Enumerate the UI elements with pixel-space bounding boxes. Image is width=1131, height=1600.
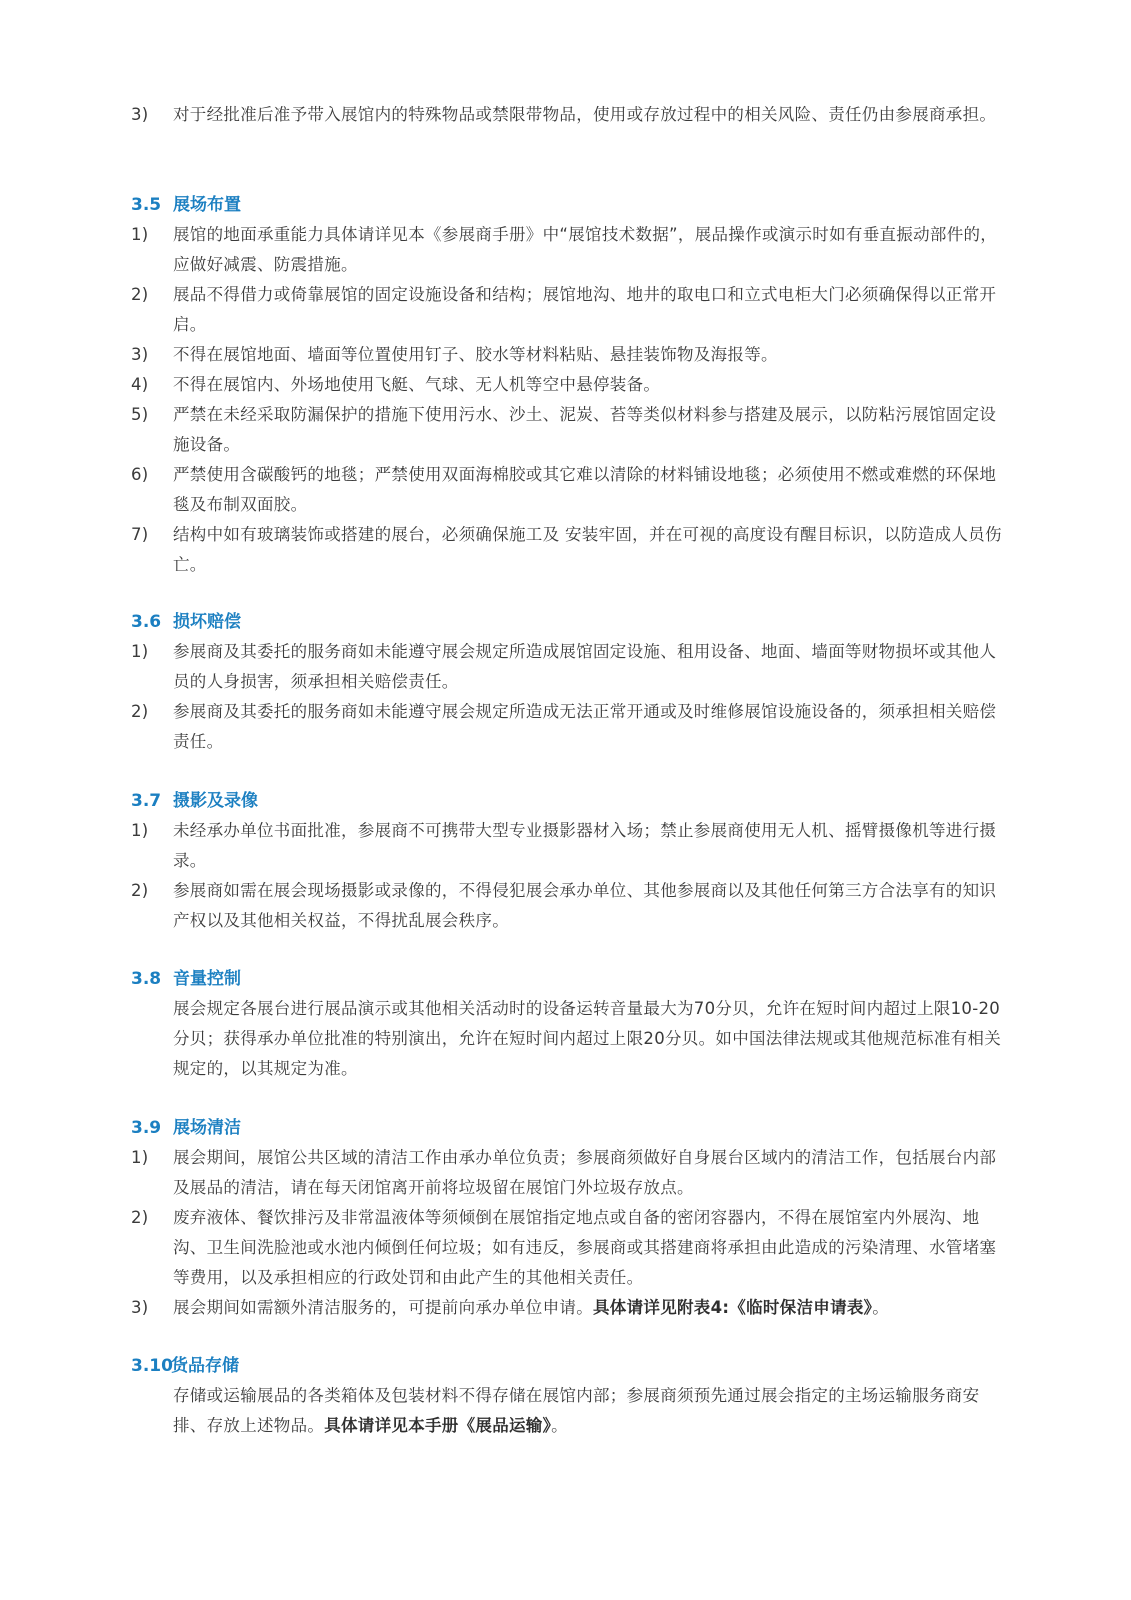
section-number: 3.7 <box>131 786 161 816</box>
list-item: 3)不得在展馆地面、墙面等位置使用钉子、胶水等材料粘贴、悬挂装饰物及海报等。 <box>131 340 1011 370</box>
item-number: 3) <box>131 100 171 130</box>
item-number: 1) <box>131 637 171 667</box>
paragraph-text: 存储或运输展品的各类箱体及包装材料不得存储在展馆内部；参展商须预先通过展会指定的… <box>173 1386 979 1435</box>
section-3-6: 3.6 损坏赔偿 1)参展商及其委托的服务商如未能遵守展会规定所造成展馆固定设施… <box>131 607 1011 757</box>
item-number: 1) <box>131 816 171 846</box>
section-3-7: 3.7 摄影及录像 1)未经承办单位书面批准，参展商不可携带大型专业摄影器材入场… <box>131 786 1011 936</box>
item-text: 严禁使用含碳酸钙的地毯；严禁使用双面海棉胶或其它难以清除的材料铺设地毯；必须使用… <box>173 465 996 514</box>
list-item: 2)参展商及其委托的服务商如未能遵守展会规定所造成无法正常开通或及时维修展馆设施… <box>131 697 1011 757</box>
item-text: 展馆的地面承重能力具体请详见本《参展商手册》中“展馆技术数据”，展品操作或演示时… <box>173 225 997 274</box>
list-item: 2)展品不得借力或倚靠展馆的固定设施设备和结构；展馆地沟、地井的取电口和立式电柜… <box>131 280 1011 340</box>
section-title: 损坏赔偿 <box>173 607 241 637</box>
section-3-9: 3.9 展场清洁 1)展会期间，展馆公共区域的清洁工作由承办单位负责；参展商须做… <box>131 1113 1011 1323</box>
list-item: 7)结构中如有玻璃装饰或搭建的展台，必须确保施工及 安装牢固，并在可视的高度设有… <box>131 520 1011 580</box>
section-number: 3.10 <box>131 1351 173 1381</box>
item-text: 结构中如有玻璃装饰或搭建的展台，必须确保施工及 安装牢固，并在可视的高度设有醒目… <box>173 525 1002 574</box>
document-page: 3) 对于经批准后准予带入展馆内的特殊物品或禁限带物品，使用或存放过程中的相关风… <box>0 0 1131 1600</box>
section-heading: 3.7 摄影及录像 <box>131 786 1011 816</box>
section-title: 展场清洁 <box>173 1113 241 1143</box>
item-number: 3) <box>131 340 171 370</box>
item-number: 4) <box>131 370 171 400</box>
item-text-tail: 。 <box>872 1298 889 1317</box>
section-title: 音量控制 <box>173 964 241 994</box>
item-text: 展会期间如需额外清洁服务的，可提前向承办单位申请。 <box>173 1298 593 1317</box>
lead-list: 3) 对于经批准后准予带入展馆内的特殊物品或禁限带物品，使用或存放过程中的相关风… <box>131 100 1011 130</box>
item-text: 严禁在未经采取防漏保护的措施下使用污水、沙土、泥炭、苔等类似材料参与搭建及展示，… <box>173 405 996 454</box>
section-paragraph: 展会规定各展台进行展品演示或其他相关活动时的设备运转音量最大为70分贝，允许在短… <box>131 994 1011 1084</box>
item-text: 展品不得借力或倚靠展馆的固定设施设备和结构；展馆地沟、地井的取电口和立式电柜大门… <box>173 285 996 334</box>
section-heading: 3.8 音量控制 <box>131 964 1011 994</box>
section-heading: 3.9 展场清洁 <box>131 1113 1011 1143</box>
item-text: 参展商及其委托的服务商如未能遵守展会规定所造成展馆固定设施、租用设备、地面、墙面… <box>173 642 996 691</box>
list-item: 2)参展商如需在展会现场摄影或录像的，不得侵犯展会承办单位、其他参展商以及其他任… <box>131 876 1011 936</box>
item-text: 不得在展馆内、外场地使用飞艇、气球、无人机等空中悬停装备。 <box>173 375 660 394</box>
section-number: 3.6 <box>131 607 161 637</box>
item-number: 2) <box>131 280 171 310</box>
item-number: 1) <box>131 1143 171 1173</box>
list-item: 3)展会期间如需额外清洁服务的，可提前向承办单位申请。具体请详见附表4:《临时保… <box>131 1293 1011 1323</box>
section-number: 3.8 <box>131 964 161 994</box>
section-title: 摄影及录像 <box>173 786 258 816</box>
section-3-5: 3.5 展场布置 1)展馆的地面承重能力具体请详见本《参展商手册》中“展馆技术数… <box>131 190 1011 580</box>
list-item: 1)未经承办单位书面批准，参展商不可携带大型专业摄影器材入场；禁止参展商使用无人… <box>131 816 1011 876</box>
item-number: 2) <box>131 876 171 906</box>
item-number: 6) <box>131 460 171 490</box>
list-item: 1)展会期间，展馆公共区域的清洁工作由承办单位负责；参展商须做好自身展台区域内的… <box>131 1143 1011 1203</box>
section-heading: 3.6 损坏赔偿 <box>131 607 1011 637</box>
section-heading: 3.5 展场布置 <box>131 190 1011 220</box>
list-item: 4)不得在展馆内、外场地使用飞艇、气球、无人机等空中悬停装备。 <box>131 370 1011 400</box>
item-number: 2) <box>131 1203 171 1233</box>
section-paragraph: 存储或运输展品的各类箱体及包装材料不得存储在展馆内部；参展商须预先通过展会指定的… <box>131 1381 1011 1441</box>
item-text: 不得在展馆地面、墙面等位置使用钉子、胶水等材料粘贴、悬挂装饰物及海报等。 <box>173 345 778 364</box>
list-item: 3) 对于经批准后准予带入展馆内的特殊物品或禁限带物品，使用或存放过程中的相关风… <box>131 100 1011 130</box>
section-number: 3.5 <box>131 190 161 220</box>
section-number: 3.9 <box>131 1113 161 1143</box>
list-item: 1)参展商及其委托的服务商如未能遵守展会规定所造成展馆固定设施、租用设备、地面、… <box>131 637 1011 697</box>
item-number: 2) <box>131 697 171 727</box>
list-item: 1)展馆的地面承重能力具体请详见本《参展商手册》中“展馆技术数据”，展品操作或演… <box>131 220 1011 280</box>
item-number: 7) <box>131 520 171 550</box>
item-number: 3) <box>131 1293 171 1323</box>
section-title: 货品存储 <box>171 1351 239 1381</box>
section-3-8: 3.8 音量控制 展会规定各展台进行展品演示或其他相关活动时的设备运转音量最大为… <box>131 964 1011 1084</box>
section-3-10: 3.10 货品存储 存储或运输展品的各类箱体及包装材料不得存储在展馆内部；参展商… <box>131 1351 1011 1441</box>
list-item: 2)废弃液体、餐饮排污及非常温液体等须倾倒在展馆指定地点或自备的密闭容器内，不得… <box>131 1203 1011 1293</box>
item-number: 1) <box>131 220 171 250</box>
section-heading: 3.10 货品存储 <box>131 1351 1011 1381</box>
section-title: 展场布置 <box>173 190 241 220</box>
item-text: 参展商及其委托的服务商如未能遵守展会规定所造成无法正常开通或及时维修展馆设施设备… <box>173 702 996 751</box>
item-text: 未经承办单位书面批准，参展商不可携带大型专业摄影器材入场；禁止参展商使用无人机、… <box>173 821 996 870</box>
item-text: 废弃液体、餐饮排污及非常温液体等须倾倒在展馆指定地点或自备的密闭容器内，不得在展… <box>173 1208 996 1287</box>
item-text: 对于经批准后准予带入展馆内的特殊物品或禁限带物品，使用或存放过程中的相关风险、责… <box>173 105 996 124</box>
list-item: 6)严禁使用含碳酸钙的地毯；严禁使用双面海棉胶或其它难以清除的材料铺设地毯；必须… <box>131 460 1011 520</box>
item-number: 5) <box>131 400 171 430</box>
item-text: 参展商如需在展会现场摄影或录像的，不得侵犯展会承办单位、其他参展商以及其他任何第… <box>173 881 996 930</box>
appendix-reference: 具体请详见附表4:《临时保洁申请表》 <box>593 1298 872 1317</box>
paragraph-tail: 。 <box>551 1416 568 1435</box>
item-text: 展会期间，展馆公共区域的清洁工作由承办单位负责；参展商须做好自身展台区域内的清洁… <box>173 1148 996 1197</box>
list-item: 5)严禁在未经采取防漏保护的措施下使用污水、沙土、泥炭、苔等类似材料参与搭建及展… <box>131 400 1011 460</box>
manual-reference: 具体请详见本手册《展品运输》 <box>324 1416 551 1435</box>
